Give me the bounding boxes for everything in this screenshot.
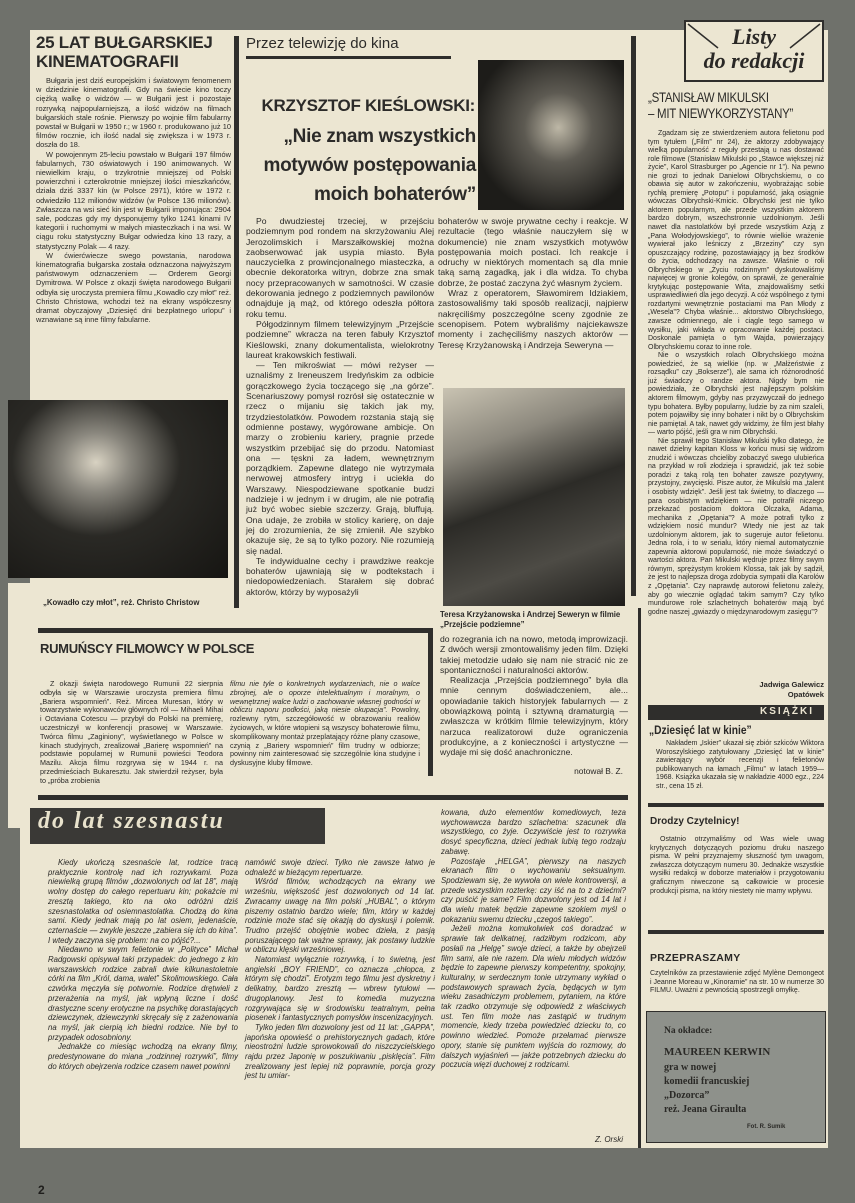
books-rule	[648, 803, 824, 807]
sixteen-col3: kowana, dużo elementów komediowych, teza…	[441, 808, 626, 1070]
kieslowski-photo-caption: Teresa Krzyżanowska i Andrzej Seweryn w …	[440, 610, 630, 629]
kieslowski-col2: bohaterów w swoje prywatne cechy i reakc…	[438, 216, 628, 350]
books-text: Nakładem „Iskier” ukazał się zbiór szkic…	[656, 740, 824, 791]
letters-signature-name: Jadwiga Galewicz	[648, 680, 824, 689]
cover-actress-name: MAUREEN KERWIN	[664, 1046, 770, 1058]
books-band-label: KSIĄŻKI	[760, 706, 814, 717]
bulgaria-article: 25 LAT BUŁGARSKIEJ KINEMATOGRAFII Bułgar…	[36, 33, 231, 324]
section-rule	[38, 628, 428, 633]
cover-info-box: Na okładce: MAUREEN KERWIN gra w nowej k…	[646, 1011, 826, 1143]
cover-photo-credit: Fot. R. Sumik	[747, 1124, 785, 1130]
readers-rule	[648, 930, 824, 934]
kieslowski-col1: Po dwudziestej trzeciej, w przejściu pod…	[246, 216, 434, 597]
section-rule-long	[38, 795, 628, 800]
cover-line4: reż. Jeana Giraulta	[664, 1104, 746, 1115]
bottom-gray-band	[8, 1148, 846, 1176]
bulgaria-photo-caption: „Kowadło czy młot”, reż. Christo Christo…	[43, 598, 233, 608]
romanian-title: RUMUŃSCY FILMOWCY W POLSCE	[40, 641, 254, 656]
apology-text: Czytelników za przestawienie zdjęć Mylèn…	[650, 970, 824, 996]
kieslowski-name: KRZYSZTOF KIEŚLOWSKI:	[260, 96, 475, 116]
bulgaria-body: Bułgaria jest dziś europejskim i światow…	[36, 76, 231, 324]
kieslowski-kicker: Przez telewizję do kina	[246, 35, 399, 52]
letters-body: Zgadzam się ze stwierdzeniem autora feli…	[648, 130, 824, 617]
romanian-col2: filmu nie tyle o konkretnych wydarzeniac…	[230, 680, 420, 768]
readers-text: Ostatnio otrzymaliśmy od Was wiele uwag …	[650, 836, 824, 896]
cover-label: Na okładce:	[664, 1026, 712, 1036]
bulgaria-photo	[8, 400, 228, 578]
sixteen-col2: namówić swoje dzieci. Tylko nie zawsze ł…	[245, 858, 435, 1081]
kieslowski-signature: notował B. Z.	[528, 766, 623, 776]
letters-header-line2: do redakcji	[686, 48, 822, 74]
sixteen-col1: Kiedy ukończą szesnaście lat, rodzice tr…	[48, 858, 238, 1071]
column-rule-middle	[428, 628, 433, 776]
sixteen-signature: Z. Orski	[528, 1135, 623, 1144]
letters-header-line1: Listy	[686, 24, 822, 50]
kieslowski-quote: „Nie znam wszystkich motywów postępowani…	[246, 122, 476, 209]
readers-title: Drodzy Czytelnicy!	[650, 816, 739, 827]
column-rule	[234, 36, 239, 608]
cover-line2: komedii francuskiej	[664, 1076, 749, 1087]
apology-title: PRZEPRASZAMY	[650, 952, 741, 964]
bulgaria-title: 25 LAT BUŁGARSKIEJ KINEMATOGRAFII	[36, 33, 231, 71]
letters-title: „STANISŁAW MIKULSKI – MIT NIEWYKORZYSTAN…	[648, 90, 797, 122]
letters-header-box: Listy do redakcji	[684, 20, 824, 82]
page-number: 2	[38, 1183, 45, 1197]
cover-line1: gra w nowej	[664, 1062, 716, 1073]
left-margin-gray-bottom	[8, 828, 20, 1158]
books-band: KSIĄŻKI	[648, 705, 824, 720]
books-title: „Dziesięć lat w kinie”	[649, 723, 752, 737]
kicker-rule	[246, 56, 451, 59]
sixteen-title: do lat szesnastu	[38, 808, 225, 835]
column-rule-far-right	[638, 608, 641, 1148]
romanian-col1: Z okazji święta narodowego Rumunii 22 si…	[40, 680, 223, 786]
kieslowski-col2-cont: do rozegrania ich na nowo, metodą improw…	[440, 634, 628, 758]
cover-line3: „Dozorca”	[664, 1090, 709, 1101]
magazine-page: 25 LAT BUŁGARSKIEJ KINEMATOGRAFII Bułgar…	[8, 8, 846, 1176]
letters-signature-place: Opatówek	[648, 690, 824, 699]
kieslowski-photo-top	[478, 60, 624, 210]
right-margin-gray	[828, 8, 846, 1176]
kieslowski-photo-bottom	[443, 388, 625, 606]
column-rule-right	[631, 36, 636, 596]
